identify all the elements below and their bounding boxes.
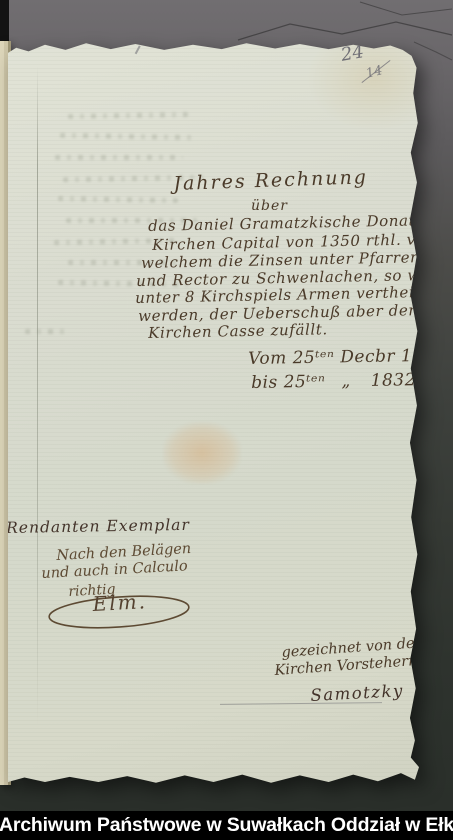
handwritten-owner-note: Rendanten Exemplar xyxy=(6,516,190,537)
archive-caption-text: Archiwum Państwowe w Suwałkach Oddział w… xyxy=(0,814,453,837)
handwritten-date-to: bis 25ᵗᵉⁿ„1832 xyxy=(251,370,416,393)
ditto-mark: „ xyxy=(341,371,351,391)
pencil-page-number: 24 xyxy=(339,41,365,66)
handwritten-body-line: Kirchen Casse zufällt. xyxy=(148,320,328,342)
date-to-prefix: bis 25ᵗᵉⁿ xyxy=(251,372,326,393)
pencil-tick-mark xyxy=(135,45,141,54)
handwritten-title: Jahres Rechnung xyxy=(173,166,368,195)
paper-sheet: 24 14 Jahres Rechnung über das Daniel Gr… xyxy=(8,41,419,785)
handwritten-date-from: Vom 25ᵗᵉⁿ Decbr 1831 xyxy=(248,346,446,369)
date-to-year: 1832 xyxy=(371,370,417,391)
document-page: 24 14 Jahres Rechnung über das Daniel Gr… xyxy=(8,41,419,785)
handwritten-subtitle: über xyxy=(251,198,288,214)
certifier-signature: Elm. xyxy=(92,589,148,616)
archive-caption-banner: Archiwum Państwowe w Suwałkach Oddział w… xyxy=(0,811,453,840)
paper-stain xyxy=(163,422,241,484)
ink-bleedthrough xyxy=(25,329,69,334)
ink-bleedthrough xyxy=(60,133,195,140)
book-binding-strip xyxy=(0,0,9,43)
ink-bleedthrough xyxy=(55,155,183,160)
attester-signature: Samotzky xyxy=(310,681,404,705)
signature-underline xyxy=(220,702,382,705)
paper-fold-line xyxy=(37,66,38,726)
ink-bleedthrough xyxy=(58,196,178,203)
ink-bleedthrough xyxy=(68,112,188,119)
